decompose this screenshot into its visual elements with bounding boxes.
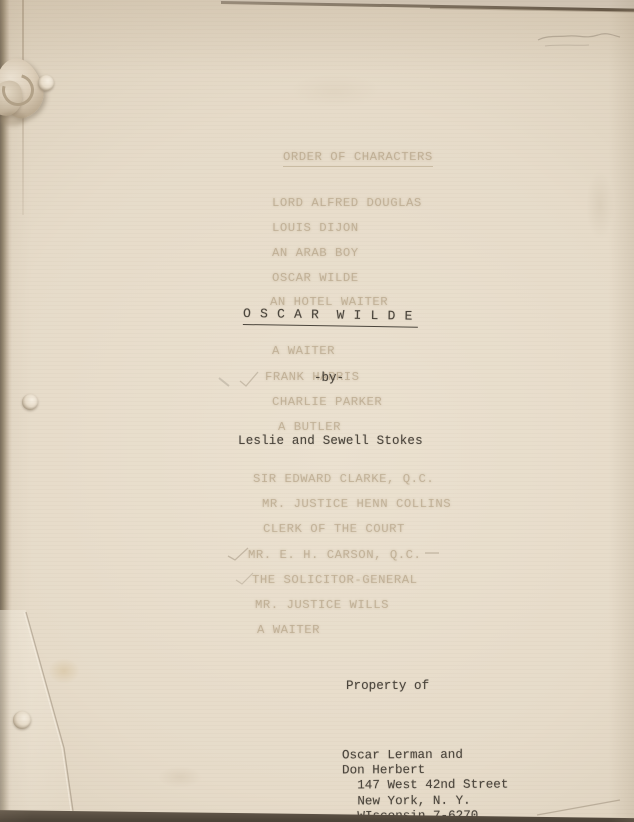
script-title-page: ORDER OF CHARACTERS LORD ALFRED DOUGLASL… bbox=[0, 0, 634, 822]
torn-paper-shadow bbox=[0, 112, 26, 126]
bleed-character-name: OSCAR WILDE bbox=[272, 271, 359, 285]
play-title: O S C A R W I L D E bbox=[243, 306, 418, 328]
bleed-character-name: FRANK HARRIS bbox=[265, 370, 360, 384]
punch-hole-top bbox=[38, 75, 54, 91]
property-line: Don Herbert bbox=[342, 763, 508, 779]
bleed-character-name: CHARLIE PARKER bbox=[272, 395, 382, 409]
bleed-character-name: LORD ALFRED DOUGLAS bbox=[272, 196, 422, 210]
bleed-character-name: A BUTLER bbox=[278, 420, 341, 434]
bleed-character-name: THE SOLICITOR-GENERAL bbox=[252, 573, 417, 587]
property-heading: Property of bbox=[346, 679, 429, 693]
punch-hole-middle bbox=[22, 394, 38, 410]
bleed-character-name: LOUIS DIJON bbox=[272, 221, 359, 235]
property-line: Oscar Lerman and bbox=[342, 747, 508, 763]
authors: Leslie and Sewell Stokes bbox=[238, 434, 423, 448]
punch-hole-bottom bbox=[13, 711, 31, 729]
bleed-character-name: SIR EDWARD CLARKE, Q.C. bbox=[253, 472, 434, 486]
bleed-through-text-layer: ORDER OF CHARACTERS LORD ALFRED DOUGLASL… bbox=[0, 0, 634, 822]
property-line: New York, N. Y. bbox=[342, 793, 508, 809]
bleed-character-name: CLERK OF THE COURT bbox=[263, 522, 405, 536]
bleed-character-name: A WAITER bbox=[272, 344, 335, 358]
bleed-character-name: MR. JUSTICE HENN COLLINS bbox=[262, 497, 451, 511]
ownership-block: Oscar Lerman andDon Herbert 147 West 42n… bbox=[342, 702, 509, 822]
bleed-heading: ORDER OF CHARACTERS bbox=[283, 150, 433, 167]
bleed-character-name: MR. E. H. CARSON, Q.C. bbox=[248, 548, 421, 562]
property-line: 147 West 42nd Street bbox=[342, 778, 508, 794]
bleed-character-name: A WAITER bbox=[257, 623, 320, 637]
bleed-character-name: MR. JUSTICE WILLS bbox=[255, 598, 389, 612]
torn-binding-remnant bbox=[0, 50, 62, 135]
byline: -by- bbox=[314, 371, 344, 385]
bleed-character-list: LORD ALFRED DOUGLASLOUIS DIJONAN ARAB BO… bbox=[0, 42, 634, 84]
bleed-character-name: AN ARAB BOY bbox=[272, 246, 359, 260]
scanned-page-photo: ORDER OF CHARACTERS LORD ALFRED DOUGLASL… bbox=[0, 0, 634, 822]
